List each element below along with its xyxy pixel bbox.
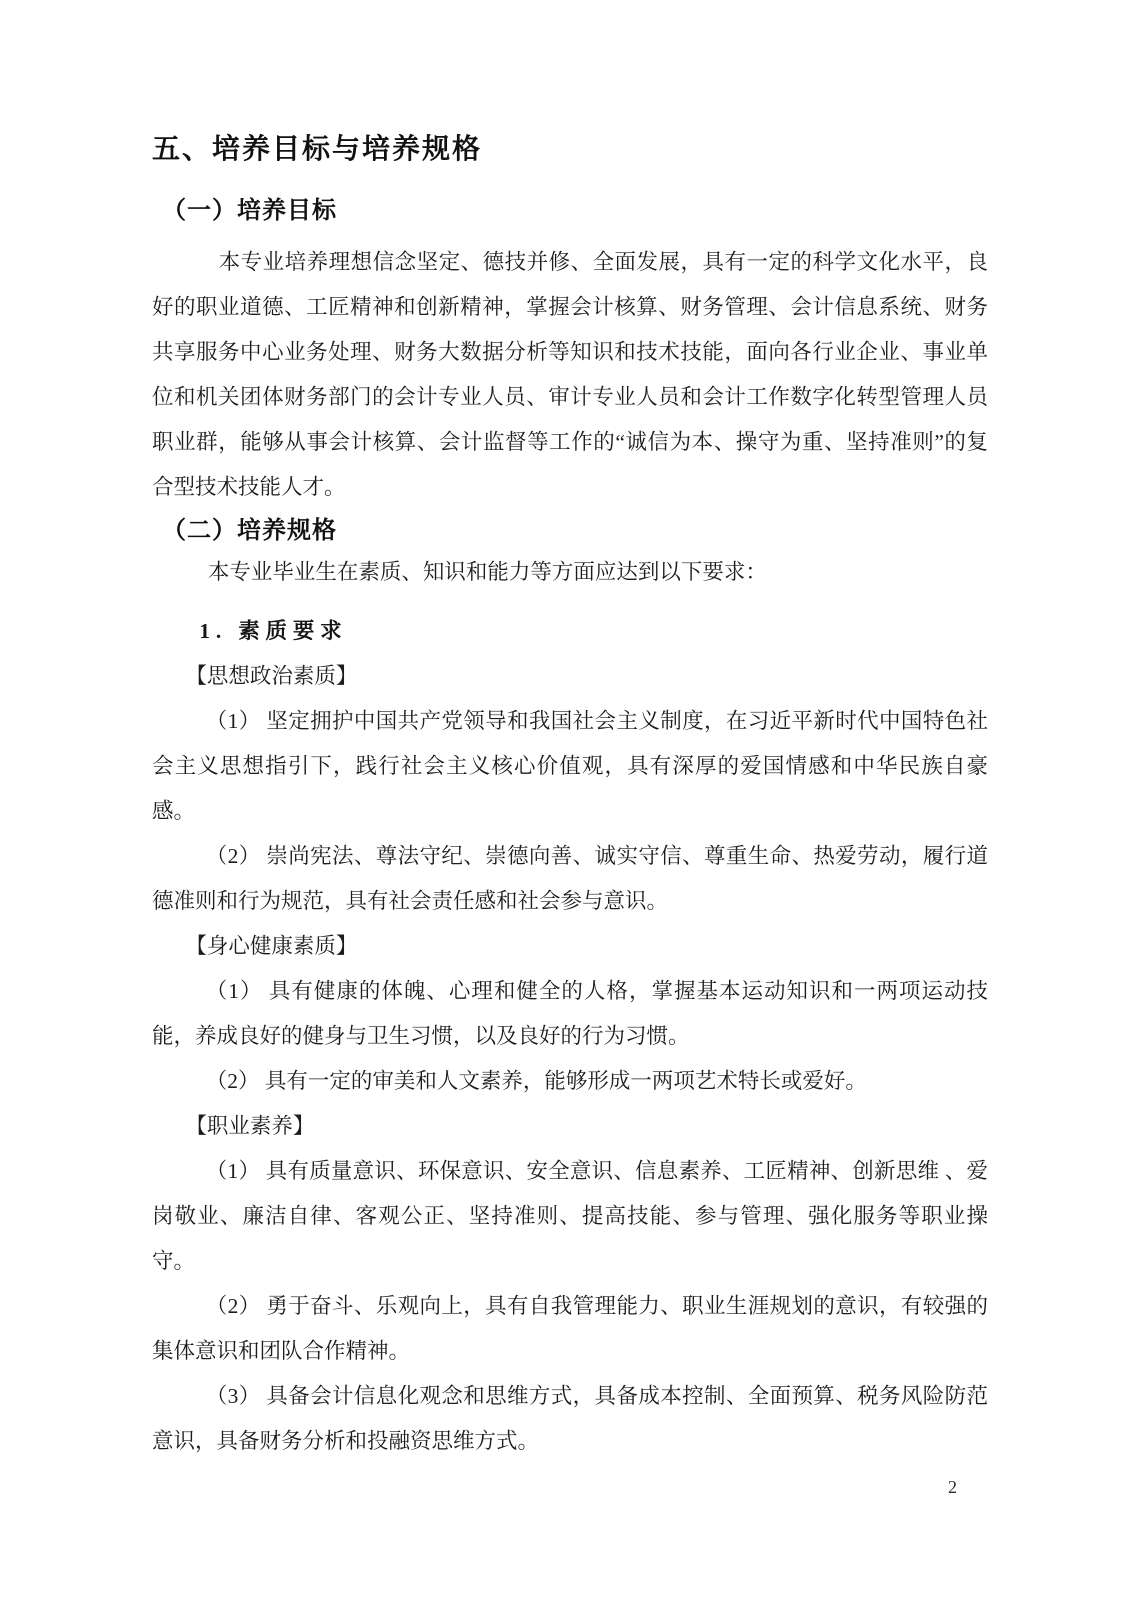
chapter-title: 五、培养目标与培养规格 [152,128,988,170]
section-heading-training-objective: （一）培养目标 [162,192,988,230]
list-item: （2） 勇于奋斗、乐观向上，具有自我管理能力、职业生涯规划的意识，有较强的集体意… [152,1284,988,1374]
group-label-professional-quality: 【职业素养】 [152,1104,988,1149]
training-objective-paragraph: 本专业培养理想信念坚定、德技并修、全面发展，具有一定的科学文化水平，良好的职业道… [152,240,988,510]
list-item: （1） 坚定拥护中国共产党领导和我国社会主义制度，在习近平新时代中国特色社会主义… [152,699,988,834]
document-page: 五、培养目标与培养规格 （一）培养目标 本专业培养理想信念坚定、德技并修、全面发… [0,0,1131,1600]
group-label-physical-mental-health: 【身心健康素质】 [152,924,988,969]
list-item: （3） 具备会计信息化观念和思维方式，具备成本控制、全面预算、税务风险防范意识，… [152,1374,988,1464]
subsection-heading-quality-requirements: 1. 素质要求 [152,609,988,654]
specification-intro-paragraph: 本专业毕业生在素质、知识和能力等方面应达到以下要求： [152,550,988,595]
list-item: （1） 具有健康的体魄、心理和健全的人格，掌握基本运动知识和一两项运动技能，养成… [152,969,988,1059]
list-item: （2） 具有一定的审美和人文素养，能够形成一两项艺术特长或爱好。 [152,1059,988,1104]
page-number: 2 [948,1475,957,1499]
list-item: （2） 崇尚宪法、尊法守纪、崇德向善、诚实守信、尊重生命、热爱劳动，履行道德准则… [152,834,988,924]
list-item: （1） 具有质量意识、环保意识、安全意识、信息素养、工匠精神、创新思维 、爱岗敬… [152,1149,988,1284]
group-label-ideological-political: 【思想政治素质】 [152,654,988,699]
section-heading-training-specification: （二）培养规格 [162,512,988,550]
